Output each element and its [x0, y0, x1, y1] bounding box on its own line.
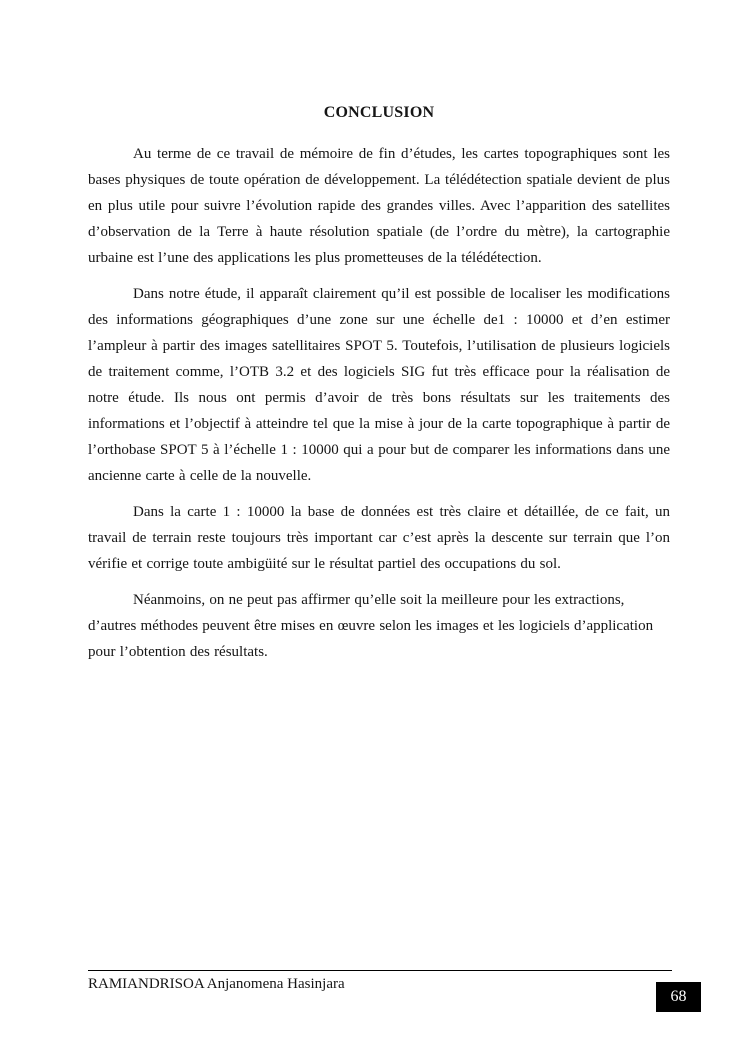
conclusion-section: CONCLUSION Au terme de ce travail de mém…	[88, 100, 670, 675]
footer-divider	[88, 970, 672, 971]
document-page: CONCLUSION Au terme de ce travail de mém…	[0, 0, 745, 1053]
page-number-badge: 68	[656, 982, 701, 1012]
footer-author: RAMIANDRISOA Anjanomena Hasinjara	[88, 974, 345, 994]
paragraph: Au terme de ce travail de mémoire de fin…	[88, 141, 670, 271]
section-title: CONCLUSION	[88, 100, 670, 126]
paragraph: Dans notre étude, il apparaît clairement…	[88, 281, 670, 489]
paragraph: Néanmoins, on ne peut pas affirmer qu’el…	[88, 587, 670, 665]
paragraph: Dans la carte 1 : 10000 la base de donné…	[88, 499, 670, 577]
